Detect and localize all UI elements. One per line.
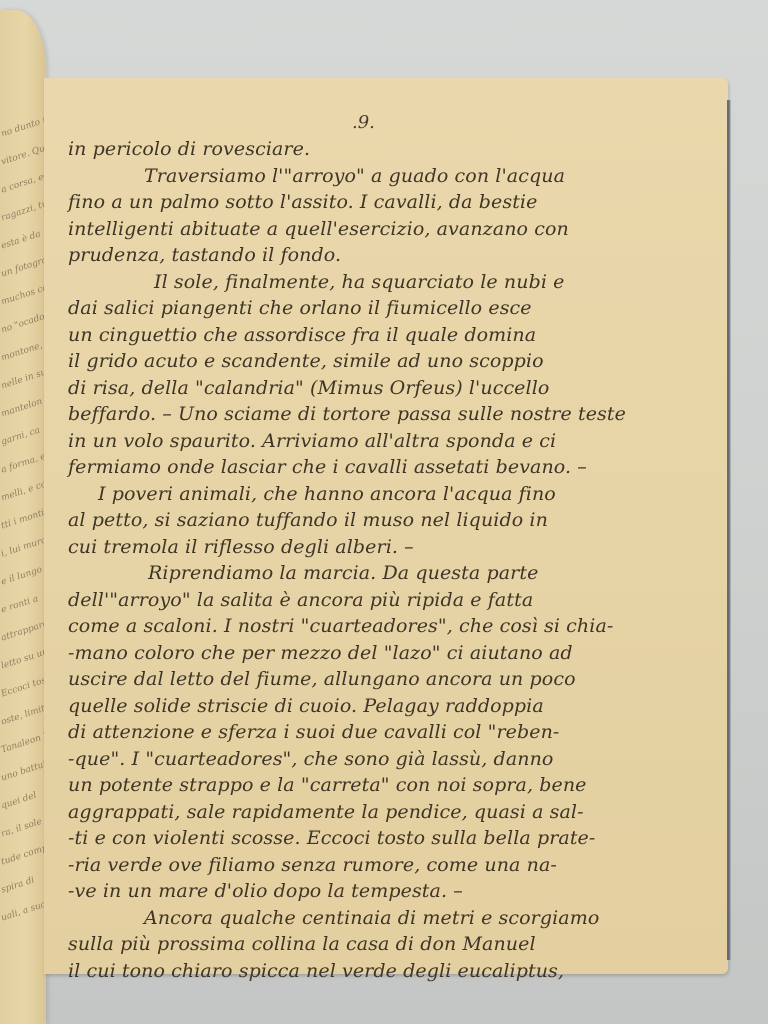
text-line: -que". I "cuarteadores", che sono già la… — [68, 746, 728, 773]
text-line: sulla più prossima collina la casa di do… — [68, 931, 728, 958]
text-line: un potente strappo e la "carreta" con no… — [68, 772, 728, 799]
text-line: fino a un palmo sotto l'assito. I cavall… — [68, 189, 728, 216]
page-number: .9. — [352, 112, 375, 133]
text-line: fermiamo onde lasciar che i cavalli asse… — [68, 454, 728, 481]
text-line: di risa, della "calandria" (Mimus Orfeus… — [68, 375, 728, 402]
left-page-text-fragment: uno battuta — [0, 758, 46, 784]
left-page-text-fragment: quei del — [0, 791, 38, 812]
text-line: dai salici piangenti che orlano il fiumi… — [68, 295, 728, 322]
left-page-text-fragment: i, lui muro — [0, 535, 46, 559]
text-line: quelle solide striscie di cuoio. Pelagay… — [68, 693, 728, 720]
left-page-text-fragment: no "ocador" — [0, 309, 46, 335]
left-page-text-fragment: oste, limite — [0, 702, 46, 727]
text-line: di attenzione e sferza i suoi due cavall… — [68, 719, 728, 746]
text-line: intelligenti abituate a quell'esercizio,… — [68, 216, 728, 243]
text-line: il cui tono chiaro spicca nel verde degl… — [68, 958, 728, 985]
left-page-text-fragment: no dunto un — [0, 113, 46, 139]
left-page-text-fragment: attrappare — [0, 619, 46, 644]
left-page-text-fragment: spira di — [0, 875, 36, 895]
text-line: in pericolo di rovesciare. — [68, 136, 728, 163]
text-line: beffardo. – Uno sciame di tortore passa … — [68, 401, 728, 428]
left-page-text-fragment: vitore. Questo — [0, 138, 46, 167]
left-page-text-fragment: ra, il sole — [0, 817, 43, 840]
left-page-text-fragment: muchos come — [0, 279, 46, 308]
left-page-text-fragment: Tanaleon ben — [0, 727, 46, 755]
left-page-text-fragment: uali, a sua — [0, 900, 46, 924]
left-page-text-fragment: un fotografo — [0, 253, 46, 280]
text-line: -ve in un mare d'olio dopo la tempesta. … — [68, 878, 728, 905]
text-line: Ancora qualche centinaia di metri e scor… — [68, 905, 728, 932]
left-page-text-fragment: tude comp — [0, 843, 46, 867]
text-line: un cinguettio che assordisce fra il qual… — [68, 322, 728, 349]
text-line: Il sole, finalmente, ha squarciato le nu… — [68, 269, 728, 296]
text-line: I poveri animali, che hanno ancora l'acq… — [68, 481, 728, 508]
left-page-text-fragment: letto su una — [0, 645, 46, 671]
text-line: al petto, si saziano tuffando il muso ne… — [68, 507, 728, 534]
left-page-text-fragment: esta è da — [0, 229, 42, 251]
left-page-text-fragment: mantelon le — [0, 393, 46, 419]
left-page-text-fragment: e ronti a — [0, 594, 40, 615]
text-line: prudenza, tastando il fondo. — [68, 242, 728, 269]
text-line: Riprendiamo la marcia. Da questa parte — [68, 560, 728, 587]
text-line: uscire dal letto del fiume, allungano an… — [68, 666, 728, 693]
left-page-text-fragment: tti i monti — [0, 508, 46, 531]
left-page-text-fragment: Eccoci tosto — [0, 673, 46, 700]
text-line: -ti e con violenti scosse. Eccoci tosto … — [68, 825, 728, 852]
left-page-text-fragment: garni, ca — [0, 426, 41, 448]
text-line: cui tremola il riflesso degli alberi. – — [68, 534, 728, 561]
text-line: come a scaloni. I nostri "cuarteadores",… — [68, 613, 728, 640]
left-page-text-fragment: montone, un — [0, 336, 46, 363]
left-page-text-fragment: e il lungo — [0, 565, 43, 588]
text-line: aggrappati, sale rapidamente la pendice,… — [68, 799, 728, 826]
left-page-text-fragment: a corsa, ed — [0, 171, 46, 196]
left-page-text-fragment: a forma, ed — [0, 450, 46, 476]
text-line: in un volo spaurito. Arriviamo all'altra… — [68, 428, 728, 455]
text-line: il grido acuto e scandente, simile ad un… — [68, 348, 728, 375]
handwritten-text: in pericolo di rovesciare.Traversiamo l'… — [68, 136, 728, 984]
left-page: no dunto unvitore. Questoa corsa, edraga… — [0, 10, 46, 1024]
text-line: -mano coloro che per mezzo del "lazo" ci… — [68, 640, 728, 667]
left-page-text-fragment: melli, e così — [0, 477, 46, 503]
text-line: -ria verde ove filiamo senza rumore, com… — [68, 852, 728, 879]
text-line: Traversiamo l'"arroyo" a guado con l'acq… — [68, 163, 728, 190]
left-page-text-fragment: nelle in su — [0, 367, 46, 391]
text-line: dell'"arroyo" la salita è ancora più rip… — [68, 587, 728, 614]
left-page-text-fragment: ragazzi, tutti — [0, 196, 46, 224]
